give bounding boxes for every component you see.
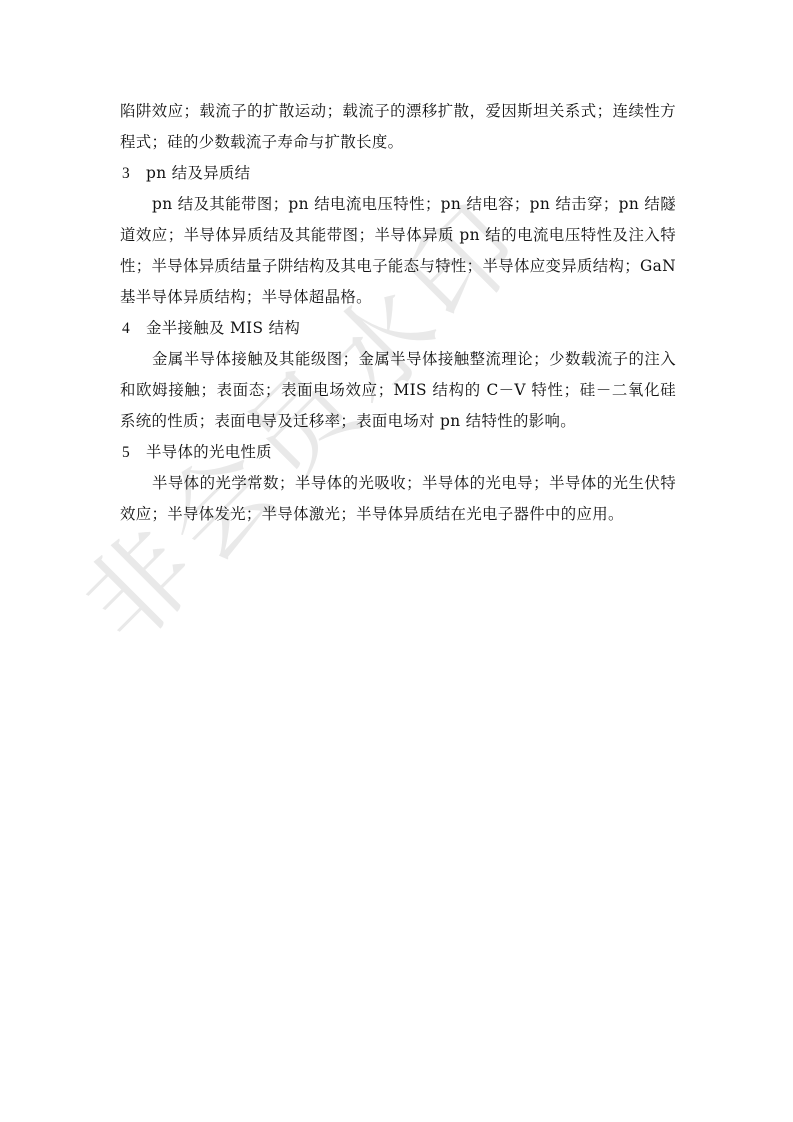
- section-heading-3: 3 pn 结及异质结: [120, 158, 676, 189]
- section-paragraph-5: 半导体的光学常数；半导体的光吸收；半导体的光电导；半导体的光生伏特效应；半导体发…: [120, 468, 676, 530]
- section-number: 3: [120, 158, 146, 189]
- section-number: 4: [120, 313, 146, 344]
- section-heading-5: 5 半导体的光电性质: [120, 437, 676, 468]
- document-body: 陷阱效应；载流子的扩散运动；载流子的漂移扩散，爱因斯坦关系式；连续性方程式；硅的…: [120, 96, 676, 530]
- section-paragraph-3: pn 结及其能带图；pn 结电流电压特性；pn 结电容；pn 结击穿；pn 结隧…: [120, 189, 676, 313]
- section-title: pn 结及异质结: [146, 158, 250, 189]
- section-number: 5: [120, 437, 146, 468]
- section-title: 金半接触及 MIS 结构: [146, 313, 300, 344]
- section-paragraph-4: 金属半导体接触及其能级图；金属半导体接触整流理论；少数载流子的注入和欧姆接触；表…: [120, 344, 676, 437]
- section-title: 半导体的光电性质: [146, 437, 272, 468]
- section-heading-4: 4 金半接触及 MIS 结构: [120, 313, 676, 344]
- document-page: 非会员水印 陷阱效应；载流子的扩散运动；载流子的漂移扩散，爱因斯坦关系式；连续性…: [0, 0, 793, 1122]
- paragraph-continuation: 陷阱效应；载流子的扩散运动；载流子的漂移扩散，爱因斯坦关系式；连续性方程式；硅的…: [120, 96, 676, 158]
